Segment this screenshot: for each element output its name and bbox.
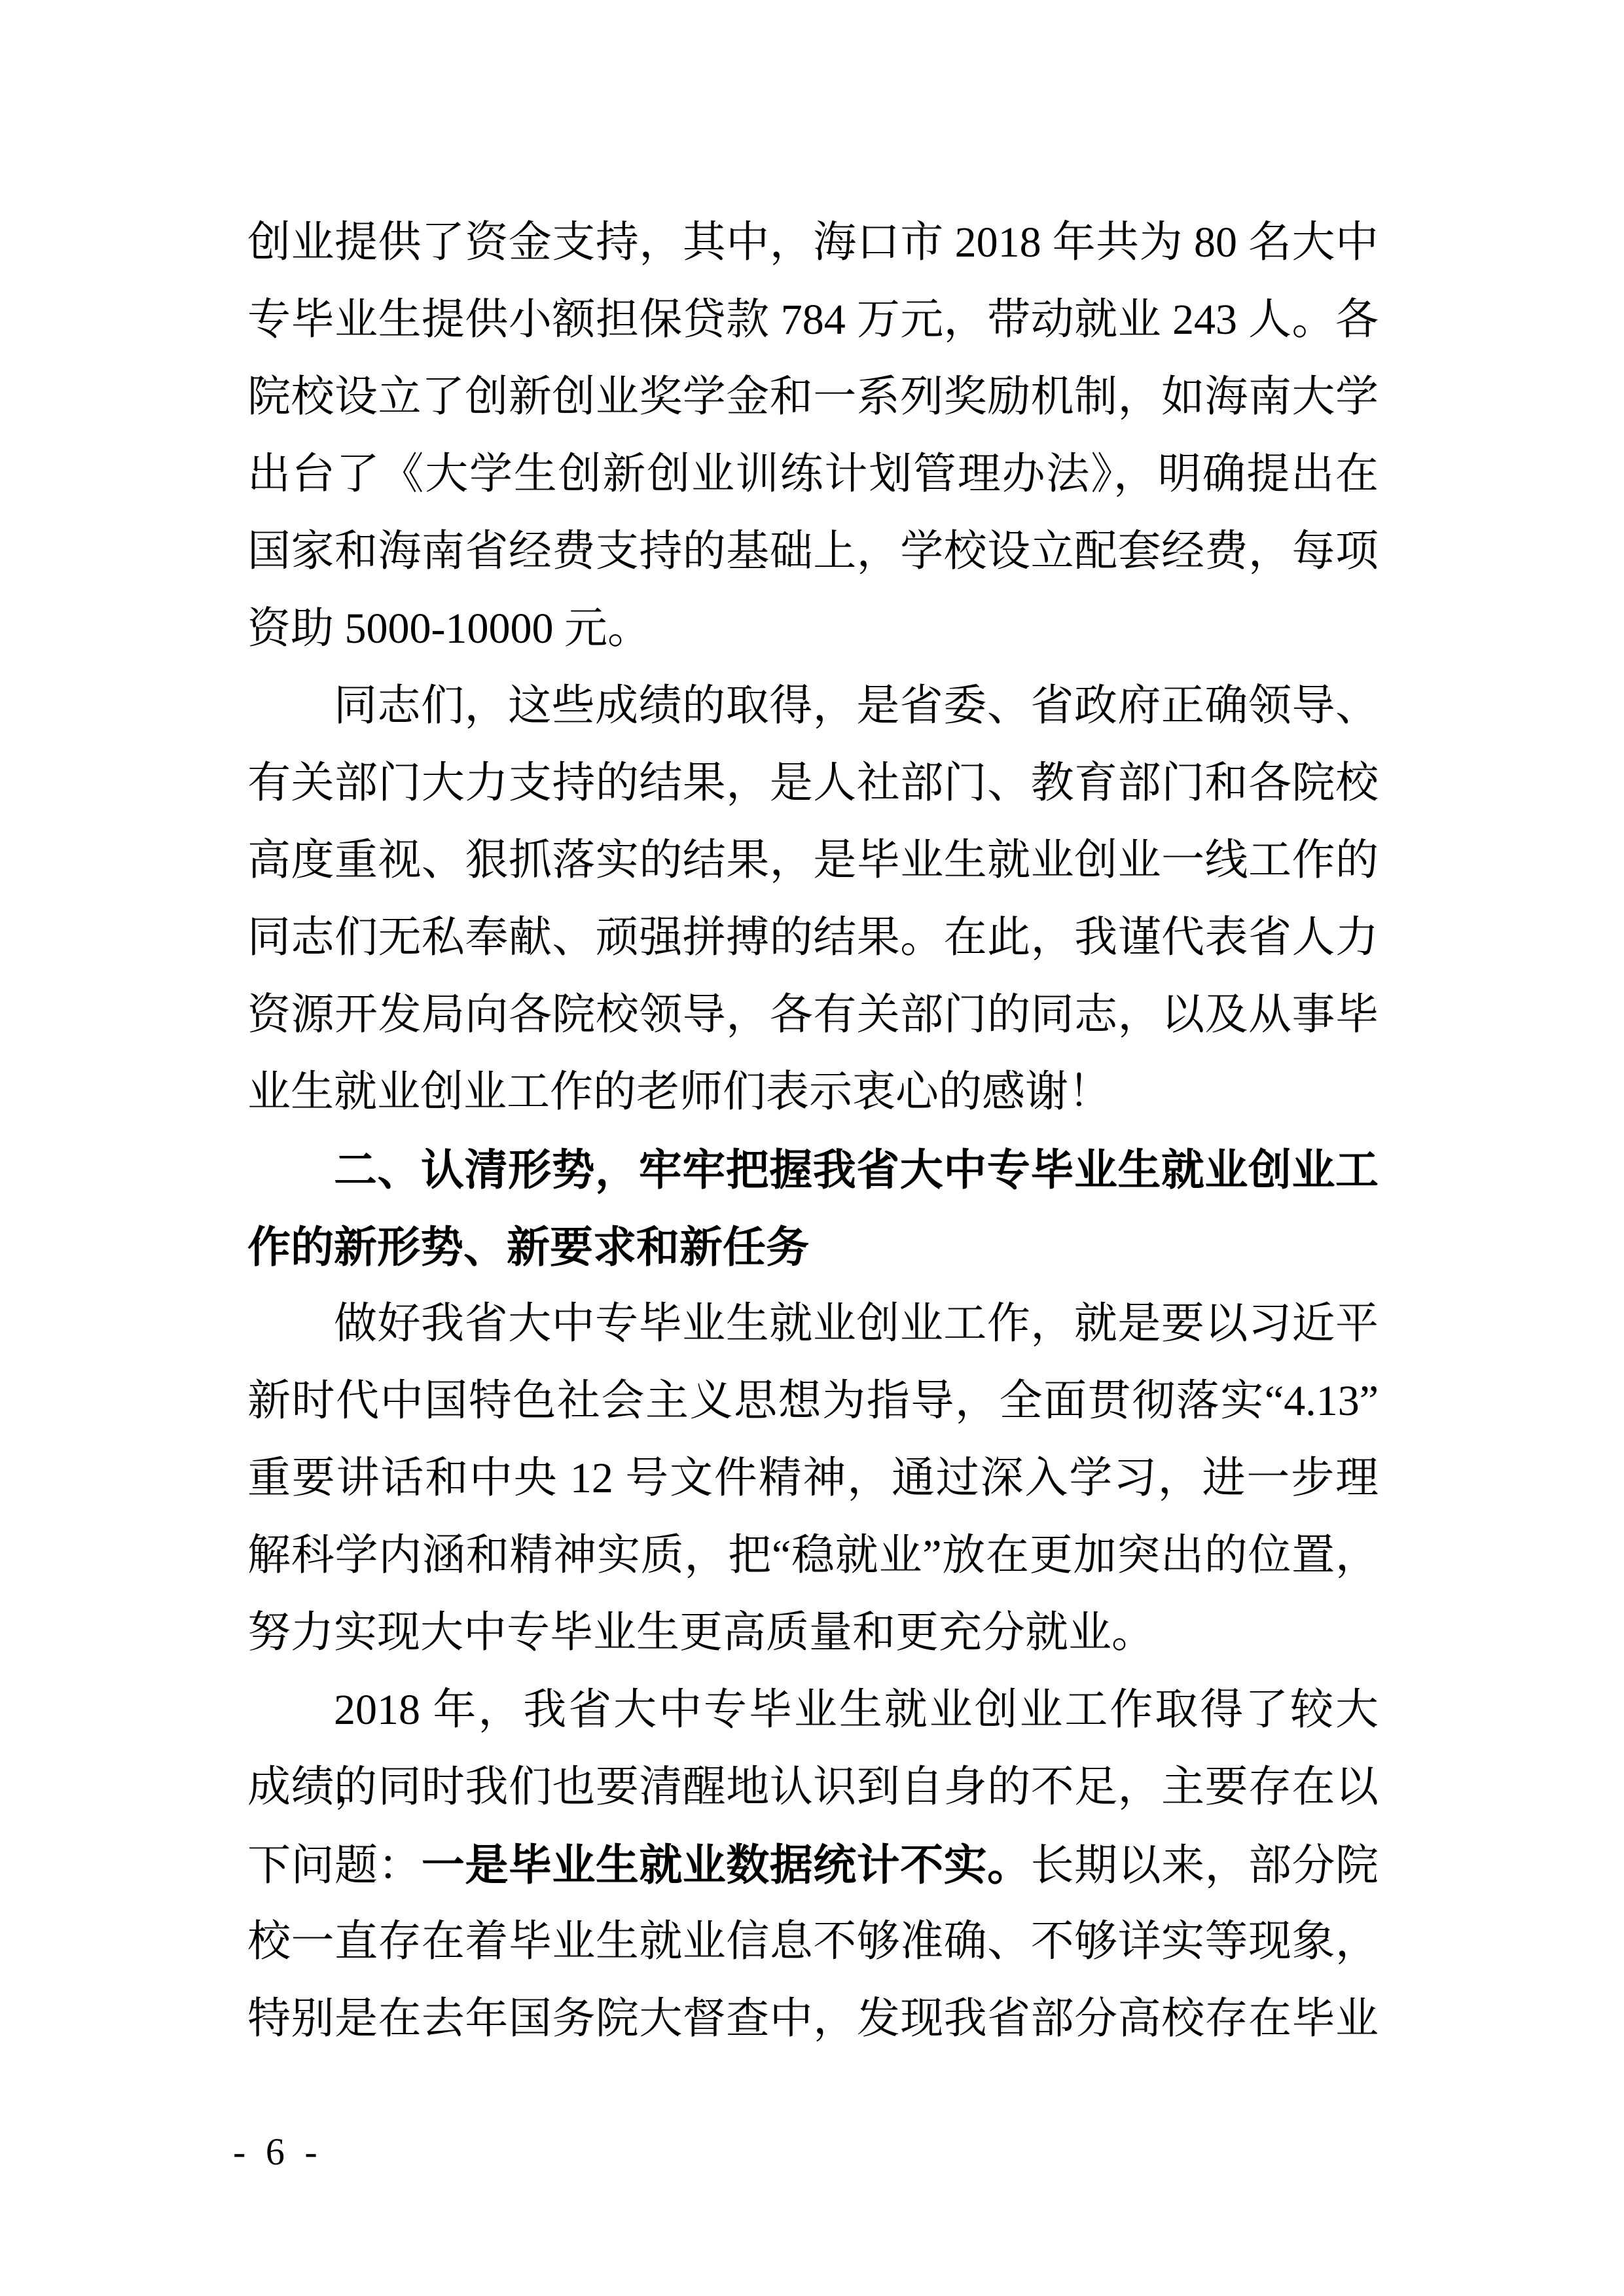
text-segment: 特别是在去年国务院大督查中，发现我省部分高校存在毕业 [247,1995,1379,2043]
text-line: 做好我省大中专毕业生就业创业工作，就是要以习近平 [247,1285,1379,1363]
text-segment: 重要讲话和中央 12 号文件精神，通过深入学习，进一步理 [247,1454,1379,1502]
text-line: 重要讲话和中央 12 号文件精神，通过深入学习，进一步理 [247,1440,1379,1517]
text-segment: 出台了《大学生创新创业训练计划管理办法》，明确提出在 [247,450,1379,498]
text-line: 新时代中国特色社会主义思想为指导，全面贯彻落实“4.13” [247,1363,1379,1440]
text-line: 同志们，这些成绩的取得，是省委、省政府正确领导、 [247,668,1379,745]
text-line: 高度重视、狠抓落实的结果，是毕业生就业创业一线工作的 [247,822,1379,899]
text-segment: 同志们，这些成绩的取得，是省委、省政府正确领导、 [334,682,1379,730]
text-line: 院校设立了创新创业奖学金和一系列奖励机制，如海南大学 [247,359,1379,436]
text-segment: 新时代中国特色社会主义思想为指导，全面贯彻落实“4.13” [247,1377,1379,1425]
bold-text-segment: 一是毕业生就业数据统计不实。 [422,1840,1031,1889]
text-segment: 下问题： [247,1842,422,1890]
text-segment: 专毕业生提供小额担保贷款 784 万元，带动就业 243 人。各 [247,296,1379,344]
text-segment: 长期以来，部分院 [1031,1842,1379,1890]
text-line: 努力实现大中专毕业生更高质量和更充分就业。 [247,1594,1379,1672]
text-line: 同志们无私奉献、顽强拼搏的结果。在此，我谨代表省人力 [247,899,1379,977]
text-line: 2018 年，我省大中专毕业生就业创业工作取得了较大的 [247,1672,1379,1749]
text-segment: 资助 5000-10000 元。 [247,605,651,653]
text-line: 特别是在去年国务院大督查中，发现我省部分高校存在毕业 [247,1981,1379,2058]
text-segment: 同志们无私奉献、顽强拼搏的结果。在此，我谨代表省人力 [247,914,1379,961]
text-segment: 国家和海南省经费支持的基础上，学校设立配套经费，每项 [247,528,1379,575]
bold-text-segment: 二、认清形势，牢牢把握我省大中专毕业生就业创业工 [334,1145,1379,1194]
text-line: 校一直存在着毕业生就业信息不够准确、不够详实等现象， [247,1903,1379,1981]
text-line: 出台了《大学生创新创业训练计划管理办法》，明确提出在 [247,436,1379,513]
text-line: 专毕业生提供小额担保贷款 784 万元，带动就业 243 人。各 [247,281,1379,359]
text-line: 有关部门大力支持的结果，是人社部门、教育部门和各院校 [247,745,1379,822]
text-line: 资源开发局向各院校领导，各有关部门的同志，以及从事毕 [247,977,1379,1054]
text-segment: 解科学内涵和精神实质，把“稳就业”放在更加突出的位置， [247,1532,1379,1579]
text-line: 业生就业创业工作的老师们表示衷心的感谢！ [247,1054,1379,1131]
text-segment: 业生就业创业工作的老师们表示衷心的感谢！ [247,1068,1111,1116]
text-segment: 校一直存在着毕业生就业信息不够准确、不够详实等现象， [247,1918,1379,1965]
section-heading-line: 二、认清形势，牢牢把握我省大中专毕业生就业创业工 [247,1131,1379,1208]
text-segment: 有关部门大力支持的结果，是人社部门、教育部门和各院校 [247,759,1379,807]
text-segment: 高度重视、狠抓落实的结果，是毕业生就业创业一线工作的 [247,836,1379,884]
text-line: 成绩，同时我们也要清醒地认识到自身的不足，主要存在以 [247,1749,1379,1826]
section-heading-line: 作的新形势、新要求和新任务 [247,1208,1379,1285]
page-number: - 6 - [233,2131,323,2173]
text-segment: 努力实现大中专毕业生更高质量和更充分就业。 [247,1609,1155,1657]
text-line: 解科学内涵和精神实质，把“稳就业”放在更加突出的位置， [247,1517,1379,1594]
document-page: 创业提供了资金支持，其中，海口市 2018 年共为 80 名大中专毕业生提供小额… [0,0,1624,2296]
text-line: 国家和海南省经费支持的基础上，学校设立配套经费，每项 [247,513,1379,590]
bold-text-segment: 作的新形势、新要求和新任务 [247,1223,809,1271]
text-line: 资助 5000-10000 元。 [247,590,1379,668]
text-segment: 做好我省大中专毕业生就业创业工作，就是要以习近平 [334,1300,1379,1348]
text-segment: 资源开发局向各院校领导，各有关部门的同志，以及从事毕 [247,991,1379,1039]
text-line: 创业提供了资金支持，其中，海口市 2018 年共为 80 名大中 [247,204,1379,281]
text-segment: 成绩，同时我们也要清醒地认识到自身的不足，主要存在以 [247,1763,1379,1811]
text-segment: 创业提供了资金支持，其中，海口市 2018 年共为 80 名大中 [247,219,1379,266]
body-text: 创业提供了资金支持，其中，海口市 2018 年共为 80 名大中专毕业生提供小额… [247,204,1379,2058]
text-line: 下问题：一是毕业生就业数据统计不实。长期以来，部分院 [247,1826,1379,1903]
text-segment: 院校设立了创新创业奖学金和一系列奖励机制，如海南大学 [247,373,1379,421]
